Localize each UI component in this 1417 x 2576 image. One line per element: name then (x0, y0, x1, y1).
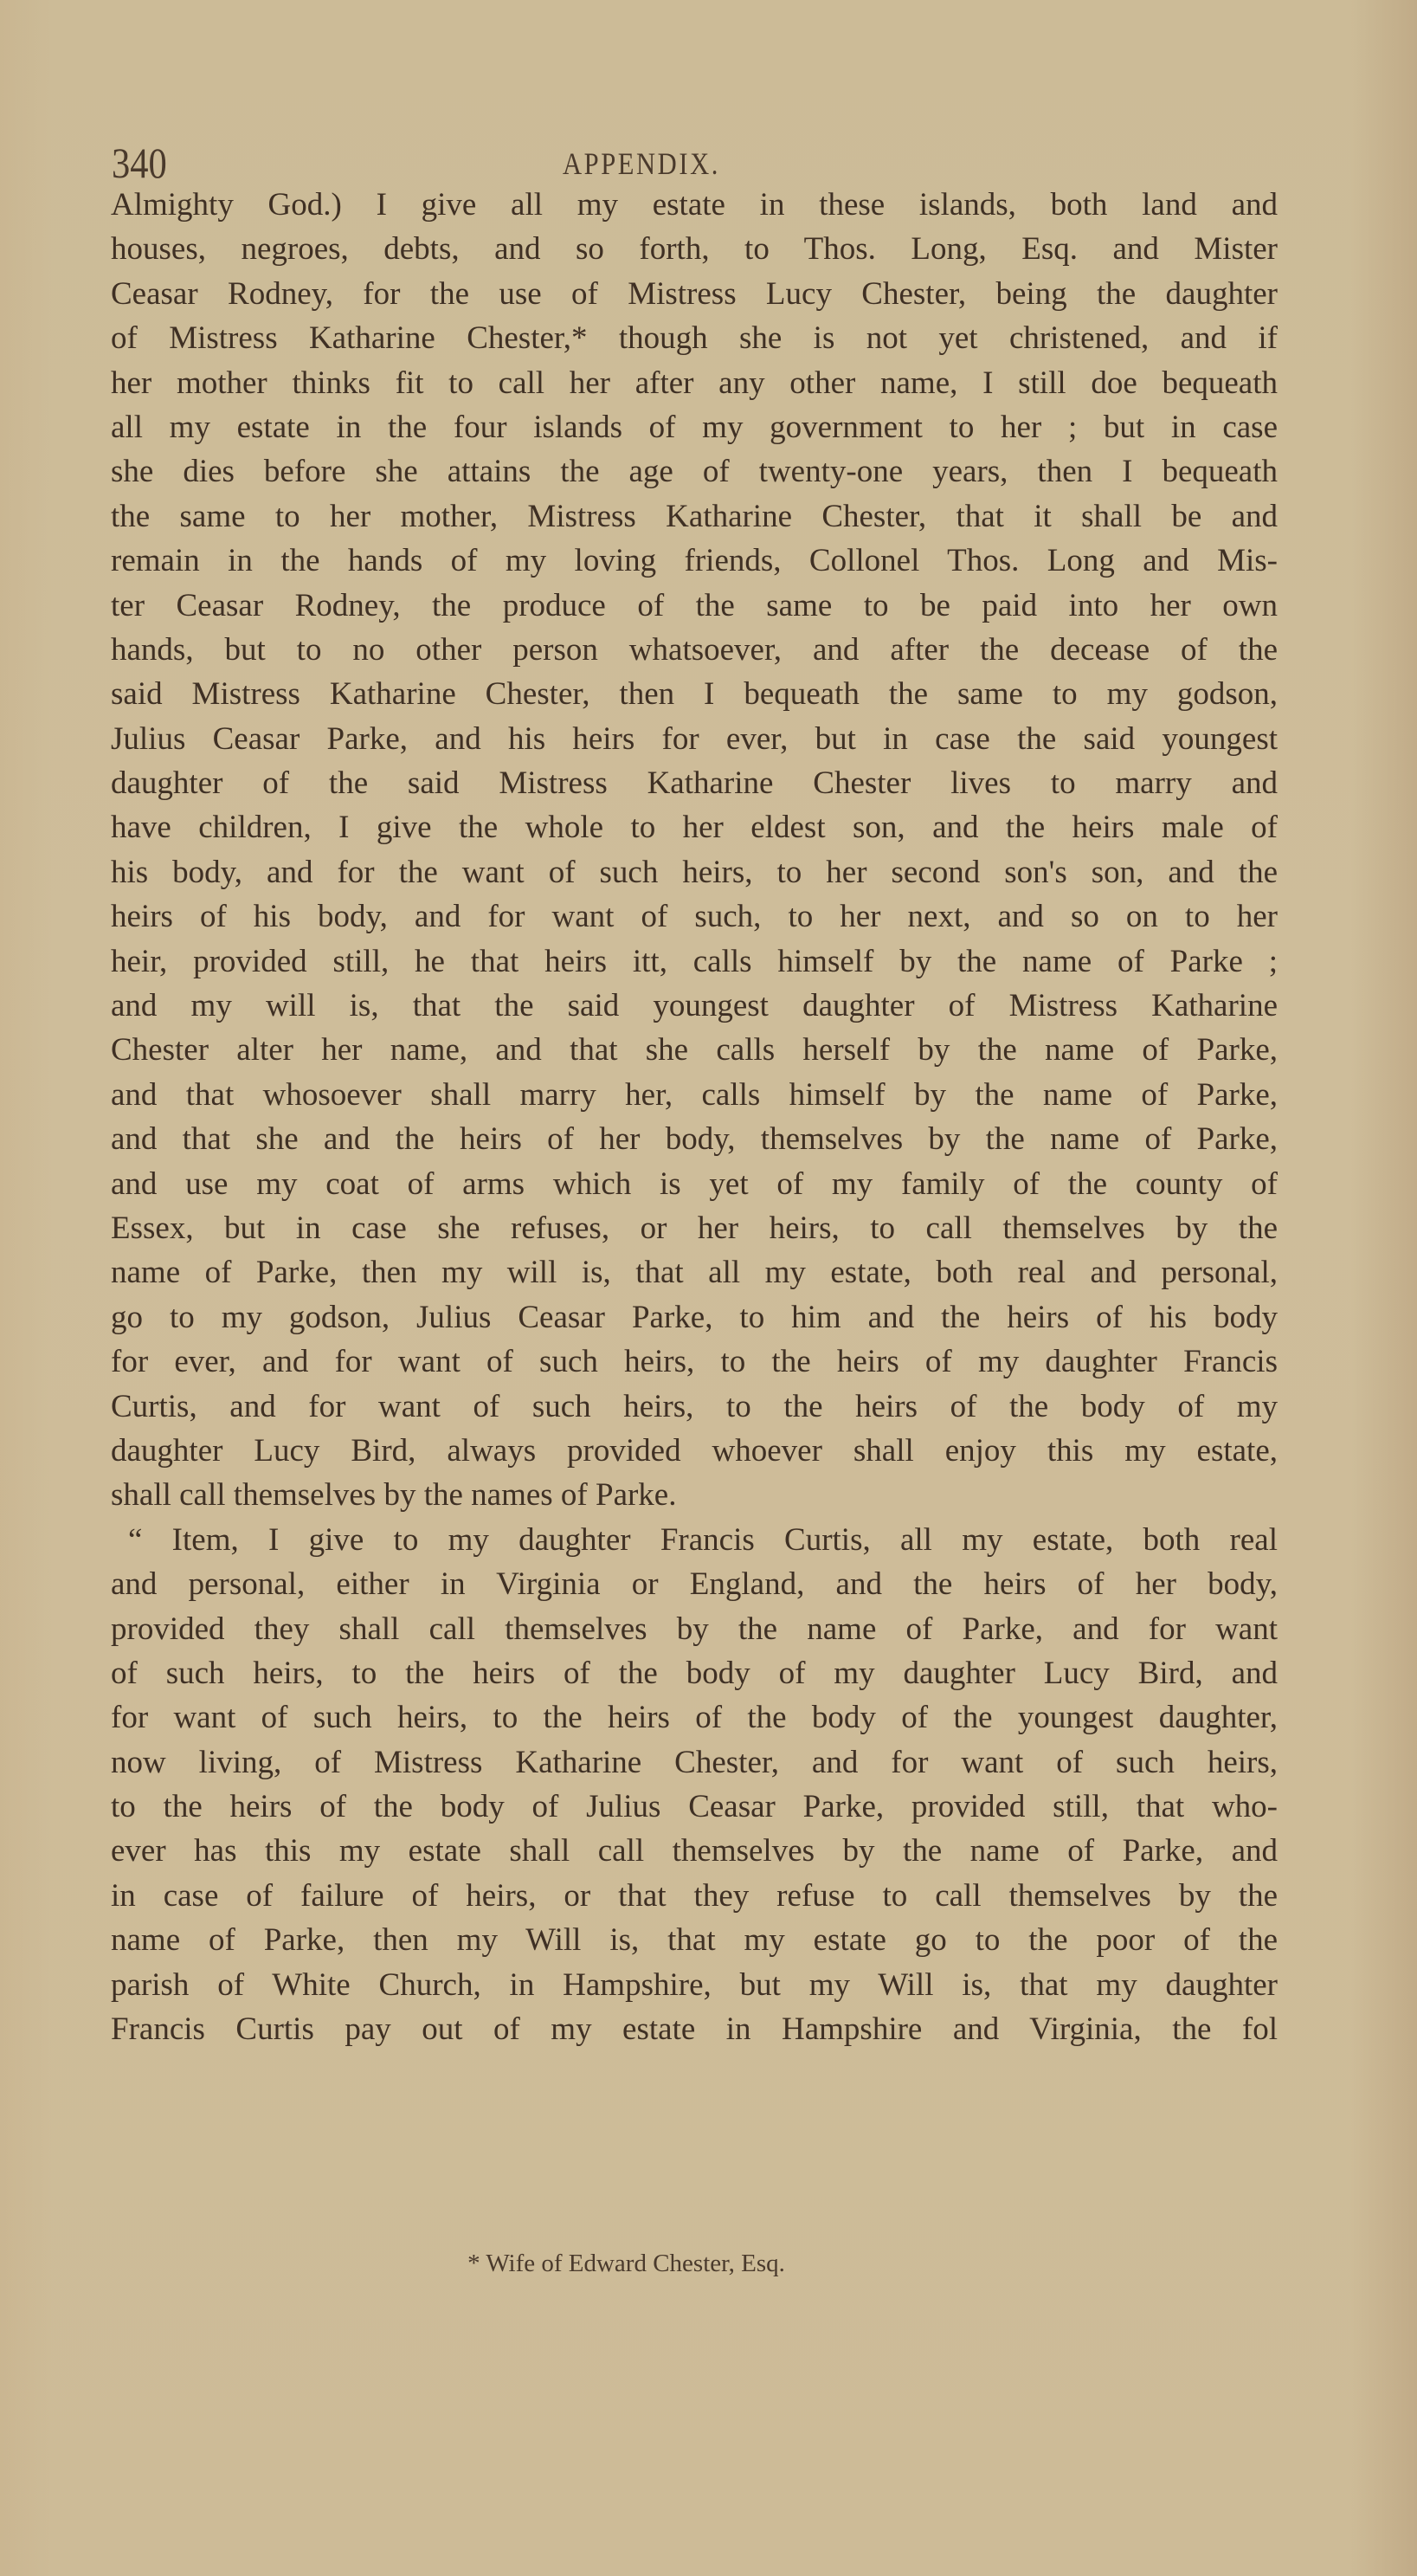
running-head: 340 APPENDIX. (0, 137, 1417, 189)
text-line: Almighty God.) I give all my estate in t… (111, 183, 1278, 227)
body-text: Almighty God.) I give all my estate in t… (111, 183, 1278, 2051)
text-line: she dies before she attains the age of t… (111, 449, 1278, 494)
text-line: heir, provided still, he that heirs itt,… (111, 939, 1278, 984)
text-line: of such heirs, to the heirs of the body … (111, 1651, 1278, 1695)
text-line: name of Parke, then my will is, that all… (111, 1250, 1278, 1294)
text-line: in case of failure of heirs, or that the… (111, 1874, 1278, 1918)
text-line-paragraph-start: “ Item, I give to my daughter Francis Cu… (111, 1518, 1278, 1562)
text-line: daughter of the said Mistress Katharine … (111, 761, 1278, 805)
text-line: Curtis, and for want of such heirs, to t… (111, 1385, 1278, 1429)
text-line: and that whosoever shall marry her, call… (111, 1073, 1278, 1117)
text-line: all my estate in the four islands of my … (111, 405, 1278, 449)
text-line: and that she and the heirs of her body, … (111, 1117, 1278, 1161)
text-line: daughter Lucy Bird, always provided whoe… (111, 1429, 1278, 1473)
text-line-paragraph-end: shall call themselves by the names of Pa… (111, 1473, 1278, 1517)
text-line: Ceasar Rodney, for the use of Mistress L… (111, 272, 1278, 316)
text-line: provided they shall call themselves by t… (111, 1607, 1278, 1651)
text-line: Chester alter her name, and that she cal… (111, 1028, 1278, 1072)
text-line: now living, of Mistress Katharine Cheste… (111, 1740, 1278, 1785)
page-number: 340 (112, 137, 167, 189)
text-line: houses, negroes, debts, and so forth, to… (111, 227, 1278, 271)
text-line: his body, and for the want of such heirs… (111, 850, 1278, 894)
text-line: Essex, but in case she refuses, or her h… (111, 1206, 1278, 1250)
text-line: ter Ceasar Rodney, the produce of the sa… (111, 584, 1278, 628)
text-line: and my will is, that the said youngest d… (111, 984, 1278, 1028)
text-line: for ever, and for want of such heirs, to… (111, 1340, 1278, 1384)
running-title: APPENDIX. (563, 142, 720, 185)
footnote-text: * Wife of Edward Chester, Esq. (467, 2244, 785, 2282)
text-line: ever has this my estate shall call thems… (111, 1829, 1278, 1873)
text-line: to the heirs of the body of Julius Ceasa… (111, 1785, 1278, 1829)
text-line: remain in the hands of my loving friends… (111, 539, 1278, 583)
text-line: name of Parke, then my Will is, that my … (111, 1918, 1278, 1962)
text-line: of Mistress Katharine Chester,* though s… (111, 316, 1278, 360)
text-line: go to my godson, Julius Ceasar Parke, to… (111, 1295, 1278, 1340)
text-line: heirs of his body, and for want of such,… (111, 894, 1278, 939)
text-line: Francis Curtis pay out of my estate in H… (111, 2007, 1278, 2051)
text-line: said Mistress Katharine Chester, then I … (111, 672, 1278, 716)
text-line: hands, but to no other person whatsoever… (111, 628, 1278, 672)
text-line: parish of White Church, in Hampshire, bu… (111, 1963, 1278, 2007)
text-line: the same to her mother, Mistress Kathari… (111, 494, 1278, 539)
text-line: for want of such heirs, to the heirs of … (111, 1695, 1278, 1740)
text-line: have children, I give the whole to her e… (111, 805, 1278, 849)
footnote: * Wife of Edward Chester, Esq. (0, 2244, 1417, 2282)
book-page: 340 APPENDIX. Almighty God.) I give all … (0, 0, 1417, 2576)
text-line: and use my coat of arms which is yet of … (111, 1162, 1278, 1206)
text-line: and personal, either in Virginia or Engl… (111, 1562, 1278, 1606)
text-line: Julius Ceasar Parke, and his heirs for e… (111, 717, 1278, 761)
text-line: her mother thinks fit to call her after … (111, 361, 1278, 405)
